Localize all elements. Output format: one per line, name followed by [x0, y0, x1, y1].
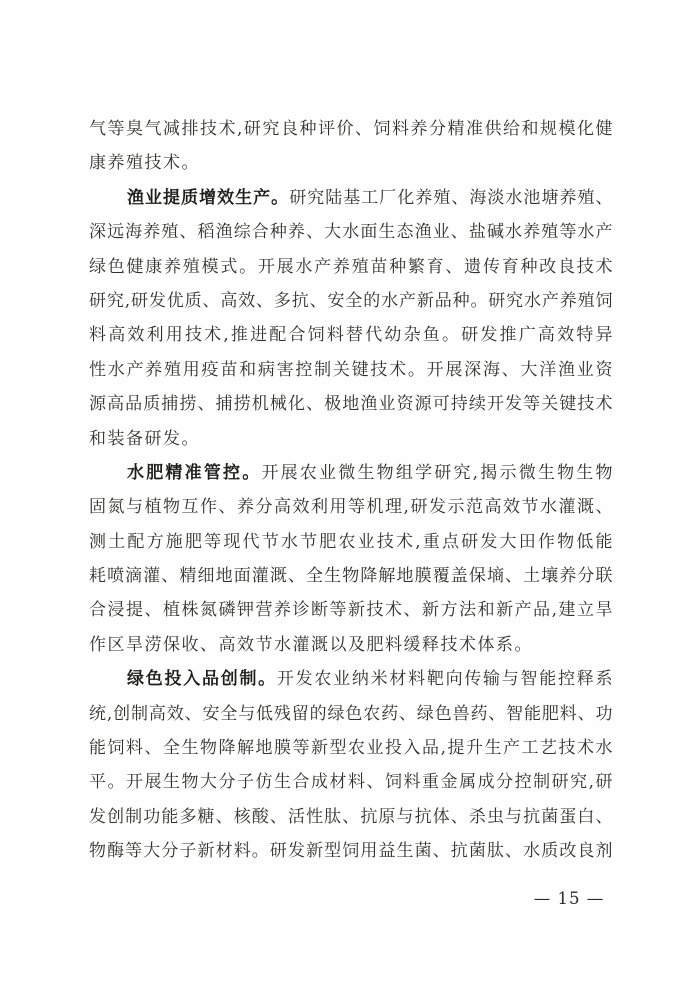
text-line: 耗喷滴灌、精细地面灌溉、全生物降解地膜覆盖保墒、土壤养分联 — [89, 559, 613, 593]
text-line: 物酶等大分子新材料。研发新型饲用益生菌、抗菌肽、水质改良剂 — [89, 834, 613, 868]
text-line: 固氮与植物互作、养分高效利用等机理,研发示范高效节水灌溉、 — [89, 490, 613, 524]
text-line: 康养殖技术。 — [89, 146, 613, 180]
text-line: 能饲料、全生物降解地膜等新型农业投入品,提升生产工艺技术水 — [89, 731, 613, 765]
text-line: 测土配方施肥等现代节水节肥农业技术,重点研发大田作物低能 — [89, 525, 613, 559]
text-line: 研究,研发优质、高效、多抗、安全的水产新品种。研究水产养殖饲 — [89, 284, 613, 318]
text-line: 料高效利用技术,推进配合饲料替代幼杂鱼。研发推广高效特异 — [89, 318, 613, 352]
paragraph-heading: 渔业提质增效生产。 — [127, 188, 289, 208]
text-line: 合浸提、植株氮磷钾营养诊断等新技术、新方法和新产品,建立旱 — [89, 593, 613, 627]
text-line: 深远海养殖、稻渔综合种养、大水面生态渔业、盐碱水养殖等水产 — [89, 215, 613, 249]
text-line: 气等臭气减排技术,研究良种评价、饲料养分精准供给和规模化健 — [89, 112, 613, 146]
text-line: 绿色投入品创制。开发农业纳米材料靶向传输与智能控释系 — [89, 662, 613, 696]
paragraph-heading: 水肥精准管控。 — [127, 463, 261, 483]
paragraph-heading: 绿色投入品创制。 — [127, 669, 277, 689]
text-line: 绿色健康养殖模式。开展水产养殖苗种繁育、遗传育种改良技术 — [89, 250, 613, 284]
page-number: — 15 — — [529, 889, 609, 908]
text-line: 和装备研发。 — [89, 422, 613, 456]
text-line: 源高品质捕捞、捕捞机械化、极地渔业资源可持续开发等关键技术 — [89, 387, 613, 421]
document-body: 气等臭气减排技术,研究良种评价、饲料养分精准供给和规模化健康养殖技术。渔业提质增… — [89, 112, 613, 869]
text-line: 统,创制高效、安全与低残留的绿色农药、绿色兽药、智能肥料、功 — [89, 697, 613, 731]
text-line: 发创制功能多糖、核酸、活性肽、抗原与抗体、杀虫与抗菌蛋白、生 — [89, 800, 613, 834]
text-line: 作区旱涝保收、高效节水灌溉以及肥料缓释技术体系。 — [89, 628, 613, 662]
text-line: 水肥精准管控。开展农业微生物组学研究,揭示微生物生物 — [89, 456, 613, 490]
document-page: 气等臭气减排技术,研究良种评价、饲料养分精准供给和规模化健康养殖技术。渔业提质增… — [0, 0, 700, 990]
text-line: 渔业提质增效生产。研究陆基工厂化养殖、海淡水池塘养殖、 — [89, 181, 613, 215]
text-line: 性水产养殖用疫苗和病害控制关键技术。开展深海、大洋渔业资 — [89, 353, 613, 387]
text-line: 平。开展生物大分子仿生合成材料、饲料重金属成分控制研究,研 — [89, 765, 613, 799]
